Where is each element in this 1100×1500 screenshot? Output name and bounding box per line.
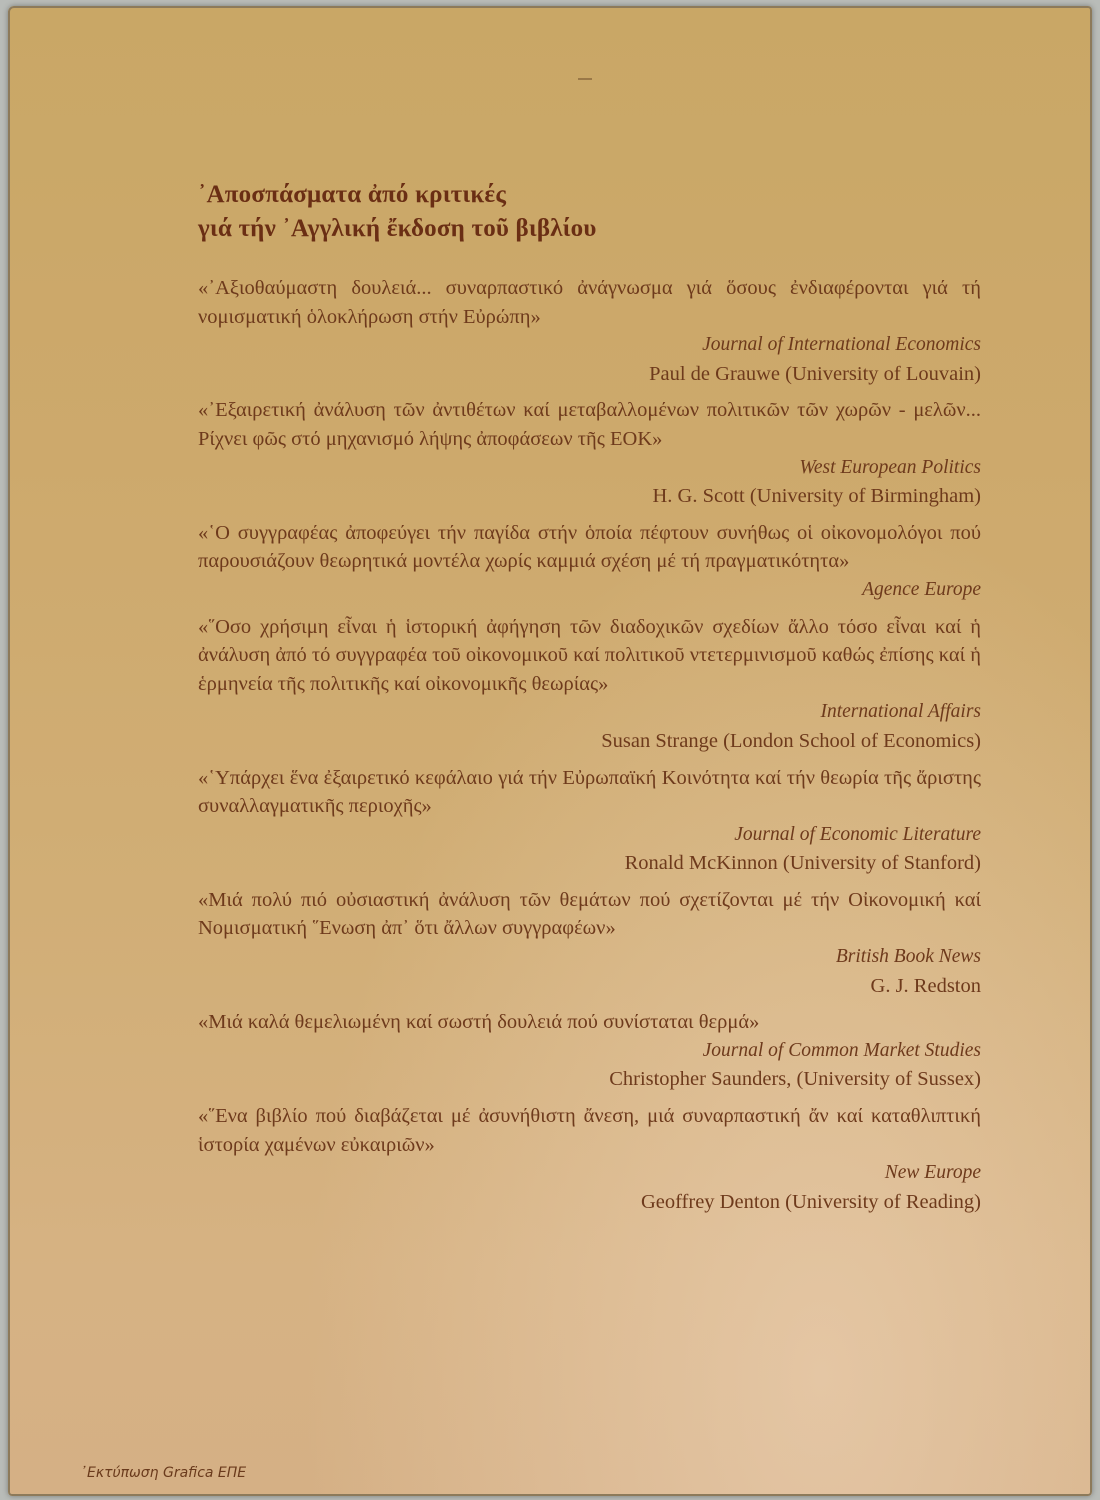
- review-quote: «᾿Αξιοθαύμαστη δουλειά... συναρπαστικό ἀ…: [198, 274, 981, 331]
- review-quote: «῞Ενα βιβλίο πού διαβάζεται μέ ἀσυνήθιστ…: [198, 1102, 981, 1159]
- review-source: West European Politics: [198, 454, 981, 483]
- review-item: «῞Ενα βιβλίο πού διαβάζεται μέ ἀσυνήθιστ…: [198, 1102, 981, 1216]
- review-source: Agence Europe: [198, 576, 981, 605]
- review-author: Ronald McKinnon (University of Stanford): [198, 849, 981, 878]
- review-item: «῾Υπάρχει ἕνα ἐξαιρετικό κεφάλαιο γιά τή…: [198, 764, 981, 878]
- printer-credit: ᾿Εκτύπωση Grafica ΕΠΕ: [80, 1465, 246, 1481]
- review-quote: «῾Ο συγγραφέας ἀποφεύγει τήν παγίδα στήν…: [198, 519, 981, 576]
- review-item: «Μιά πολύ πιό οὐσιαστική ἀνάλυση τῶν θεμ…: [198, 886, 981, 1000]
- reviews-heading: ᾿Αποσπάσματα ἀπό κριτικές γιά τήν ᾿Αγγλι…: [198, 178, 597, 246]
- review-list: «᾿Αξιοθαύμαστη δουλειά... συναρπαστικό ἀ…: [198, 274, 981, 1224]
- review-quote: «᾿Εξαιρετική ἀνάλυση τῶν ἀντιθέτων καί μ…: [198, 396, 981, 453]
- crease-mark: [578, 78, 592, 80]
- heading-line-2: γιά τήν ᾿Αγγλική ἔκδοση τοῦ βιβλίου: [198, 212, 597, 246]
- review-quote: «῾Υπάρχει ἕνα ἐξαιρετικό κεφάλαιο γιά τή…: [198, 764, 981, 821]
- review-item: «᾿Εξαιρετική ἀνάλυση τῶν ἀντιθέτων καί μ…: [198, 396, 981, 510]
- review-author: G. J. Redston: [198, 972, 981, 1001]
- review-item: «᾿Αξιοθαύμαστη δουλειά... συναρπαστικό ἀ…: [198, 274, 981, 388]
- back-cover: ᾿Αποσπάσματα ἀπό κριτικές γιά τήν ᾿Αγγλι…: [8, 6, 1092, 1496]
- review-source: New Europe: [198, 1159, 981, 1188]
- review-quote: «῞Οσο χρήσιμη εἶναι ἡ ἱστορική ἀφήγηση τ…: [198, 613, 981, 699]
- heading-line-1: ᾿Αποσπάσματα ἀπό κριτικές: [198, 178, 597, 212]
- review-author: H. G. Scott (University of Birmingham): [198, 482, 981, 511]
- review-source: Journal of Common Market Studies: [198, 1037, 981, 1066]
- review-author: Christopher Saunders, (University of Sus…: [198, 1065, 981, 1094]
- review-source: Journal of Economic Literature: [198, 821, 981, 850]
- review-source: International Affairs: [198, 698, 981, 727]
- review-item: «῾Ο συγγραφέας ἀποφεύγει τήν παγίδα στήν…: [198, 519, 981, 605]
- review-item: «Μιά καλά θεμελιωμένη καί σωστή δουλειά …: [198, 1008, 981, 1094]
- review-quote: «Μιά πολύ πιό οὐσιαστική ἀνάλυση τῶν θεμ…: [198, 886, 981, 943]
- review-author: Susan Strange (London School of Economic…: [198, 727, 981, 756]
- review-quote: «Μιά καλά θεμελιωμένη καί σωστή δουλειά …: [198, 1008, 981, 1037]
- review-item: «῞Οσο χρήσιμη εἶναι ἡ ἱστορική ἀφήγηση τ…: [198, 613, 981, 756]
- review-source: British Book News: [198, 943, 981, 972]
- review-source: Journal of International Economics: [198, 331, 981, 360]
- review-author: Paul de Grauwe (University of Louvain): [198, 360, 981, 389]
- review-author: Geoffrey Denton (University of Reading): [198, 1188, 981, 1217]
